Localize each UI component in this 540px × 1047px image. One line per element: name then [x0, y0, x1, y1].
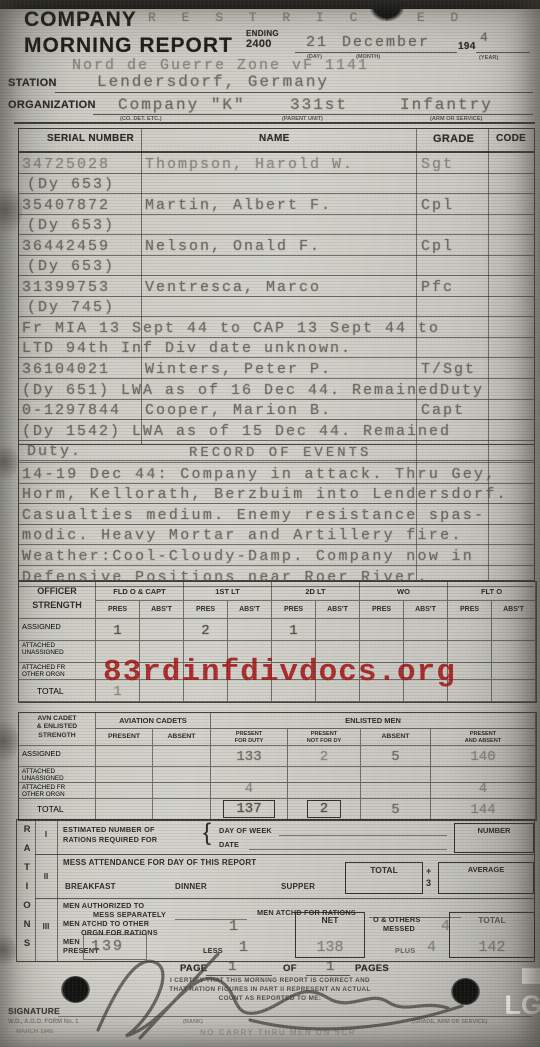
events-text: modic. Heavy Mortar and Artillery fire.	[22, 527, 463, 544]
events-text: Weather:Cool-Cloudy-Damp. Company now in	[22, 548, 474, 565]
enlisted-cell: 133	[211, 746, 288, 767]
section-numeral: I	[37, 830, 55, 839]
status-note: LTD 94th Inf Div date unknown.	[22, 340, 352, 357]
enlisted-cell	[153, 767, 211, 783]
fill-line	[279, 835, 447, 836]
sub-header: ABS'T	[140, 601, 184, 619]
soldier-name: Martin, Albert F.	[145, 197, 332, 214]
rations-label: MEN	[63, 937, 80, 946]
enlisted-cell	[96, 783, 153, 799]
total-box: TOTAL	[345, 862, 423, 894]
sub-header: PRESENTNOT FOR DY	[288, 729, 361, 746]
enlisted-cell	[153, 746, 211, 767]
rations-letter: T	[21, 862, 33, 873]
row-label: ATTACHEDUNASSIGNED	[19, 767, 96, 783]
enlisted-stub: AVN CADET & ENLISTED STRENGTH	[19, 713, 96, 746]
sub-header: ABS'T	[404, 601, 448, 619]
sub-header: PRESENT	[96, 729, 153, 746]
duty-note: (Dy 653)	[27, 217, 115, 234]
rations-label: MESSED	[383, 924, 415, 933]
form-id-line1: W.D., A.G.O. FORM No. 1	[8, 1019, 78, 1025]
rations-label: DAY OF WEEK	[219, 826, 272, 835]
ending-label: ENDING	[246, 29, 279, 38]
soldier-name: Nelson, Onald F.	[145, 238, 321, 255]
table-row: Fr MIA 13 Sept 44 to CAP 13 Sept 44 to	[19, 317, 534, 338]
cell-value: 140	[431, 749, 535, 765]
officer-cell	[228, 619, 272, 641]
grade-value: T/Sgt	[421, 361, 476, 378]
cell-value: 4	[431, 781, 535, 797]
events-text: 14-19 Dec 44: Company in attack. Thru Ge…	[22, 466, 497, 483]
divide-denominator: 3	[426, 878, 431, 888]
year-typed: 4	[480, 30, 490, 45]
cell-value-boxed: 2	[307, 800, 341, 818]
officer-cell: 2	[184, 619, 228, 641]
signature-label: SIGNATURE	[8, 1006, 60, 1016]
table-row: (Dy 1542) LWA as of 15 Dec 44. Remained	[19, 420, 534, 441]
officer-cell	[492, 641, 536, 663]
grade-value: Cpl	[421, 197, 454, 214]
grade-value: Cpl	[421, 238, 454, 255]
rations-letter: R	[21, 824, 33, 835]
form-title-line2: MORNING REPORT	[24, 34, 233, 58]
officer-cell	[492, 663, 536, 680]
status-note: (Dy 1542) LWA as of 15 Dec 44. Remained	[22, 423, 451, 440]
year-printed: 194	[458, 41, 476, 52]
serial-number: 0-1297844	[22, 402, 121, 419]
sub-header: PRES	[360, 601, 404, 619]
sub-header: PRESENTFOR DUTY	[211, 729, 288, 746]
col-serial-number: SERIAL NUMBER	[47, 133, 134, 144]
header-divider	[14, 122, 535, 124]
edge-artifact	[0, 715, 18, 767]
enlisted-cell	[96, 799, 153, 820]
cell-value: 1	[96, 623, 139, 639]
enlisted-cell	[361, 767, 431, 783]
rations-label: ESTIMATED NUMBER OF	[63, 825, 155, 834]
enlisted-cell: 4	[211, 783, 288, 799]
rations-letter: S	[21, 938, 33, 949]
rations-label: BREAKFAST	[65, 882, 116, 891]
table-row: (Dy 653)	[19, 215, 534, 236]
duty-note: (Dy 745)	[27, 299, 115, 316]
divide-sign: +	[426, 866, 431, 876]
box-label: NUMBER	[455, 826, 533, 835]
officer-cell	[360, 619, 404, 641]
enlisted-cell	[96, 767, 153, 783]
station-value: Lendersdorf, Germany	[97, 73, 329, 91]
table-row: 34725028 Thompson, Harold W. Sgt	[19, 153, 534, 174]
cell-value: 4	[211, 781, 287, 797]
org-arm: Infantry	[400, 96, 493, 114]
cell-value: 144	[431, 802, 535, 818]
sub-header: ABSENT	[153, 729, 211, 746]
table-row: (Dy 651) LWA as of 16 Dec 44. RemainedDu…	[19, 379, 534, 400]
roster-table: SERIAL NUMBER NAME GRADE CODE 34725028 T…	[18, 128, 535, 445]
officer-cell	[492, 619, 536, 641]
atchd-value: 1	[229, 918, 240, 935]
events-text: Casualties medium. Enemy resistance spas…	[22, 507, 485, 524]
soldier-name: Thompson, Harold W.	[145, 156, 354, 173]
organization-label: ORGANIZATION	[8, 99, 96, 111]
enlisted-strength-table: AVN CADET & ENLISTED STRENGTH AVIATION C…	[18, 712, 537, 821]
box-label: TOTAL	[346, 865, 422, 875]
lg-watermark: LG	[505, 990, 540, 1021]
rations-letter: O	[21, 900, 33, 911]
cell-value: 5	[361, 802, 430, 818]
row-label: ATTACHED FROTHER ORGN	[19, 783, 96, 799]
sub-header: ABS'T	[492, 601, 536, 619]
org-parent-unit: 331st	[290, 96, 348, 114]
col-name: NAME	[259, 133, 290, 144]
officer-cell	[404, 619, 448, 641]
map-coordinates: Nord de Guerre Zone vF 1141	[72, 57, 369, 74]
table-row: 31399753 Ventresca, Marco Pfc	[19, 276, 534, 297]
rations-letter: N	[21, 919, 33, 930]
org-company: Company "K"	[118, 96, 246, 114]
brace-glyph: {	[203, 819, 211, 847]
rations-letter: I	[21, 881, 33, 892]
box-label: NET	[296, 915, 364, 925]
cell-value: 133	[211, 749, 287, 765]
events-line: 14-19 Dec 44: Company in attack. Thru Ge…	[19, 463, 534, 484]
cell-value: 2	[184, 623, 227, 639]
column-rule	[35, 820, 36, 961]
enlisted-cell: 144	[431, 799, 536, 820]
fill-line	[249, 849, 447, 850]
sub-header: ABS'T	[228, 601, 272, 619]
table-row: LTD 94th Inf Div date unknown.	[19, 338, 534, 359]
rations-letter: A	[21, 843, 33, 854]
table-row: (Dy 653)	[19, 174, 534, 195]
record-of-events: RECORD OF EVENTS 14-19 Dec 44: Company i…	[18, 445, 535, 581]
group-header: FLD O & CAPT	[96, 582, 184, 601]
section-numeral: III	[37, 922, 55, 931]
rations-label: DATE	[219, 840, 239, 849]
cell-value: 1	[272, 623, 315, 639]
sub-header: PRESENTAND ABSENT	[431, 729, 536, 746]
grade-value: Sgt	[421, 156, 454, 173]
enlisted-cell: 5	[361, 799, 431, 820]
rations-section: R A T I O N S I II III ESTIMATED NUMBER …	[16, 819, 535, 962]
date-underline	[295, 52, 457, 53]
events-title: RECORD OF EVENTS	[189, 445, 371, 461]
rations-label: SUPPER	[281, 882, 315, 891]
rations-label: DINNER	[175, 882, 207, 891]
rations-label: MEN AUTHORIZED TO	[63, 901, 144, 910]
officer-cell: 1	[96, 619, 140, 641]
duty-note: (Dy 653)	[27, 258, 115, 275]
enlisted-cell	[361, 783, 431, 799]
serial-number: 34725028	[22, 156, 110, 173]
table-row: 0-1297844 Cooper, Marion B. Capt	[19, 400, 534, 421]
enlisted-cell	[288, 767, 361, 783]
soldier-name: Winters, Peter P.	[145, 361, 332, 378]
group-header: 1ST LT	[184, 582, 272, 601]
serial-number: 31399753	[22, 279, 110, 296]
photo-top-edge	[0, 0, 540, 9]
row-label: TOTAL	[19, 799, 96, 820]
officer-cell	[448, 619, 492, 641]
restricted-stamp: R E S T R I C T E D	[148, 10, 467, 25]
roster-header-row: SERIAL NUMBER NAME GRADE CODE	[19, 129, 534, 153]
form-id-line2: MARCH 1945	[16, 1029, 53, 1035]
table-row: 36442459 Nelson, Onald F. Cpl	[19, 235, 534, 256]
officer-stub: OFFICER STRENGTH	[19, 582, 96, 619]
enlisted-cell: 137	[211, 799, 288, 820]
enlisted-cell	[153, 783, 211, 799]
row-label: ATTACHED FROTHER ORGN	[19, 663, 96, 680]
sub-header: ABS'T	[316, 601, 360, 619]
serial-number: 35407872	[22, 197, 110, 214]
sub-header: PRES	[184, 601, 228, 619]
signature-handwriting	[70, 950, 470, 1045]
table-row: 36104021 Winters, Peter P. T/Sgt	[19, 358, 534, 379]
year-underline	[476, 52, 530, 53]
group-header: WO	[360, 582, 448, 601]
enlisted-cell: 2	[288, 799, 361, 820]
enlisted-cell: 140	[431, 746, 536, 767]
row-label: ASSIGNED	[19, 619, 96, 641]
report-month: December	[342, 34, 430, 51]
org-underline	[93, 114, 533, 115]
officer-cell	[492, 680, 536, 702]
events-text: Horm, Kellorath, Berzbuim into Lendersdo…	[22, 486, 508, 503]
sub-header: ABSENT	[361, 729, 431, 746]
row-label: TOTAL	[19, 680, 96, 702]
edge-artifact	[0, 440, 18, 484]
events-line: Casualties medium. Enemy resistance spas…	[19, 504, 534, 525]
ending-time: 2400	[246, 38, 272, 50]
group-header: AVIATION CADETS	[96, 713, 211, 729]
enlisted-cell	[288, 783, 361, 799]
events-title-row: RECORD OF EVENTS	[19, 445, 534, 463]
average-box: AVERAGE	[438, 862, 534, 894]
station-label: STATION	[8, 77, 57, 89]
cell-value-boxed: 137	[223, 800, 274, 818]
row-label: ASSIGNED	[19, 746, 96, 767]
events-line: Weather:Cool-Cloudy-Damp. Company now in	[19, 545, 534, 566]
form-title-line1: COMPANY	[24, 8, 137, 32]
cell-value: 2	[288, 749, 360, 765]
soldier-name: Cooper, Marion B.	[145, 402, 332, 419]
col-grade: GRADE	[433, 133, 474, 145]
edge-artifact	[0, 930, 16, 970]
rations-label: MESS SEPARATELY	[93, 910, 166, 919]
group-header: 2D LT	[272, 582, 360, 601]
section-divider	[35, 898, 534, 899]
col-code: CODE	[496, 133, 526, 144]
section-divider	[35, 854, 534, 855]
table-row: (Dy 653)	[19, 256, 534, 277]
enlisted-cell: 2	[288, 746, 361, 767]
scan-edge-artifact	[522, 968, 540, 984]
box-label: TOTAL	[450, 915, 534, 925]
events-line: Horm, Kellorath, Berzbuim into Lendersdo…	[19, 484, 534, 505]
status-note: Fr MIA 13 Sept 44 to CAP 13 Sept 44 to	[22, 320, 440, 337]
rations-label: MEN ATCHD TO OTHER	[63, 919, 149, 928]
rations-label: MESS ATTENDANCE FOR DAY OF THIS REPORT	[63, 858, 256, 867]
enlisted-cell: 4	[431, 783, 536, 799]
photo-edge-blob	[370, 2, 404, 21]
serial-number: 36104021	[22, 361, 110, 378]
enlisted-cell	[96, 746, 153, 767]
year-sublabel: (YEAR)	[479, 55, 498, 61]
sub-header: PRES	[448, 601, 492, 619]
box-label: AVERAGE	[439, 865, 533, 874]
table-row: 35407872 Martin, Albert F. Cpl	[19, 194, 534, 215]
group-header: ENLISTED MEN	[211, 713, 536, 729]
enlisted-cell: 5	[361, 746, 431, 767]
serial-number: 36442459	[22, 238, 110, 255]
sub-header: PRES	[272, 601, 316, 619]
cell-value: 5	[361, 749, 430, 765]
soldier-name: Ventresca, Marco	[145, 279, 321, 296]
station-underline	[55, 92, 533, 93]
column-rule	[57, 820, 58, 961]
officer-cell: 1	[272, 619, 316, 641]
morning-report-photo: COMPANY MORNING REPORT R E S T R I C T E…	[0, 0, 540, 1047]
row-label: ATTACHEDUNASSIGNED	[19, 641, 96, 663]
enlisted-cell	[153, 799, 211, 820]
stub-line: OFFICER	[19, 586, 95, 596]
number-box: NUMBER	[454, 823, 534, 853]
sub-header: PRES	[96, 601, 140, 619]
rations-label: O & OTHERS	[373, 915, 420, 924]
events-line: modic. Heavy Mortar and Artillery fire.	[19, 525, 534, 546]
report-day: 21	[306, 34, 328, 51]
site-watermark: 83rdinfdivdocs.org	[103, 655, 456, 690]
officer-cell	[316, 619, 360, 641]
duty-note: (Dy 653)	[27, 176, 115, 193]
grade-value: Capt	[421, 402, 465, 419]
officer-cell	[140, 619, 184, 641]
group-header: FLT O	[448, 582, 536, 601]
table-row: (Dy 745)	[19, 297, 534, 318]
grade-value: Pfc	[421, 279, 454, 296]
rations-label: RATIONS REQUIRED FOR	[63, 835, 157, 844]
status-note: (Dy 651) LWA as of 16 Dec 44. RemainedDu…	[22, 382, 484, 399]
stub-line: STRENGTH	[19, 600, 95, 610]
section-numeral: II	[37, 872, 55, 881]
